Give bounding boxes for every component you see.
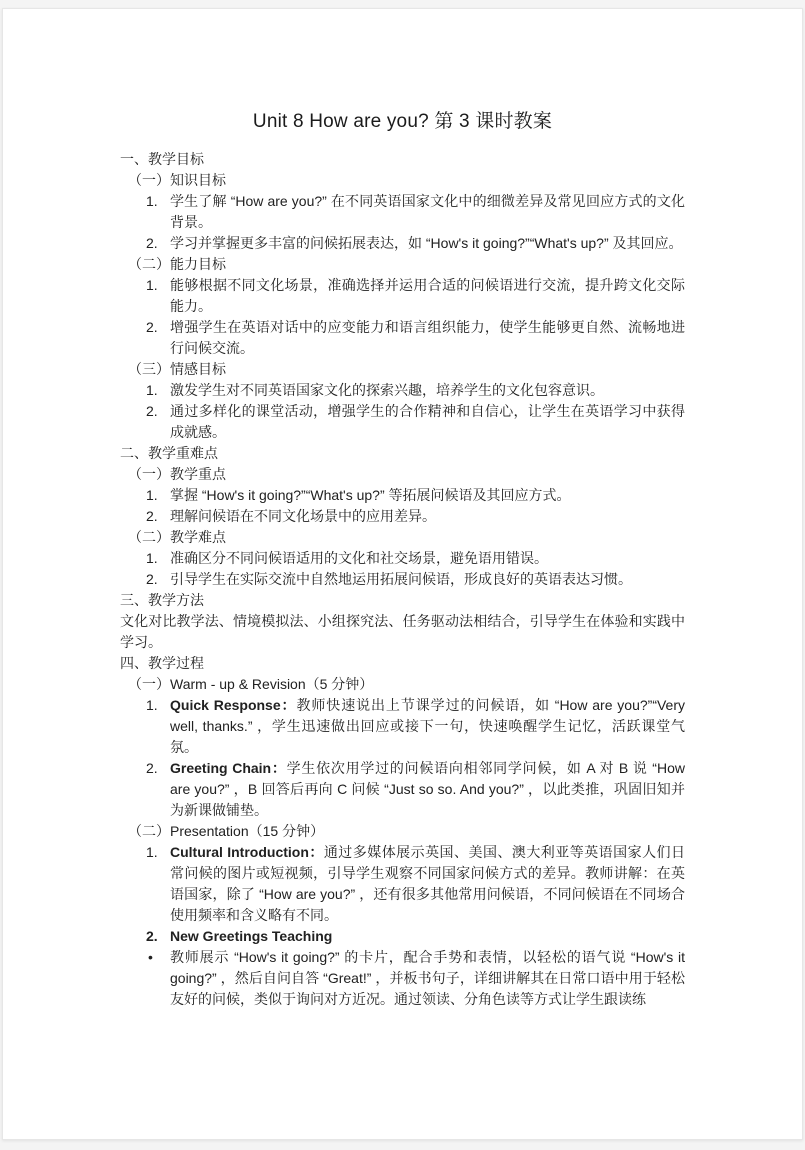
block-text: 引导学生在实际交流中自然地运用拓展问候语，形成良好的英语表达习惯。: [170, 571, 632, 587]
block-text: 三、教学方法: [120, 592, 204, 608]
block-text: 掌握 “How's it going?”“What's up?” 等拓展问候语及…: [170, 487, 571, 503]
block-text: 学生了解 “How are you?” 在不同英语国家文化中的细微差异及常见回应…: [170, 193, 685, 230]
block-text: （二）能力目标: [128, 256, 226, 272]
doc-block-h2: （二）教学难点: [120, 527, 685, 548]
doc-block-li: 2.通过多样化的课堂活动，增强学生的合作精神和自信心，让学生在英语学习中获得成就…: [120, 401, 685, 443]
list-number: 1.: [146, 548, 158, 569]
bold-lead-text: Quick Response：: [170, 697, 296, 713]
doc-block-h2: （二）能力目标: [120, 254, 685, 275]
block-text: 二、教学重难点: [120, 445, 218, 461]
list-number: 2.: [146, 758, 158, 779]
document-page: Unit 8 How are you? 第 3 课时教案 一、教学目标（一）知识…: [2, 8, 803, 1140]
doc-block-h2: （一）教学重点: [120, 464, 685, 485]
doc-block-h1: 二、教学重难点: [120, 443, 685, 464]
block-text: 激发学生对不同英语国家文化的探索兴趣，培养学生的文化包容意识。: [170, 382, 604, 398]
block-text: 能够根据不同文化场景，准确选择并运用合适的问候语进行交流，提升跨文化交际能力。: [170, 277, 685, 314]
list-number: 1.: [146, 485, 158, 506]
block-text: （一）教学重点: [128, 466, 226, 482]
doc-block-li: 1.能够根据不同文化场景，准确选择并运用合适的问候语进行交流，提升跨文化交际能力…: [120, 275, 685, 317]
doc-block-h2: （一）Warm - up & Revision（5 分钟）: [120, 674, 685, 695]
block-text: 四、教学过程: [120, 655, 204, 671]
doc-block-li: 1.准确区分不同问候语适用的文化和社交场景，避免语用错误。: [120, 548, 685, 569]
list-number: 2.: [146, 926, 158, 947]
document-title: Unit 8 How are you? 第 3 课时教案: [120, 110, 685, 133]
block-text: 理解问候语在不同文化场景中的应用差异。: [170, 508, 436, 524]
block-text: （一）知识目标: [128, 172, 226, 188]
doc-block-p: 文化对比教学法、情境模拟法、小组探究法、任务驱动法相结合，引导学生在体验和实践中…: [120, 611, 685, 653]
block-text: 通过多样化的课堂活动，增强学生的合作精神和自信心，让学生在英语学习中获得成就感。: [170, 403, 685, 440]
block-text: （二）Presentation（15 分钟）: [128, 823, 324, 839]
doc-block-h1: 一、教学目标: [120, 149, 685, 170]
block-text: 教师展示 “How's it going?” 的卡片，配合手势和表情，以轻松的语…: [170, 949, 685, 1007]
block-text: 一、教学目标: [120, 151, 204, 167]
doc-block-libold: 2.New Greetings Teaching: [120, 926, 685, 947]
list-number: 1.: [146, 695, 158, 716]
bold-lead-text: Greeting Chain：: [170, 760, 287, 776]
list-number: 2.: [146, 401, 158, 422]
list-number: 1.: [146, 191, 158, 212]
page-canvas: Unit 8 How are you? 第 3 课时教案 一、教学目标（一）知识…: [0, 0, 805, 1150]
list-number: 2.: [146, 569, 158, 590]
doc-block-li: 1.Quick Response：教师快速说出上节课学过的问候语，如 “How …: [120, 695, 685, 758]
bold-lead-text: Cultural Introduction：: [170, 844, 324, 860]
doc-block-bullet: •教师展示 “How's it going?” 的卡片，配合手势和表情，以轻松的…: [120, 947, 685, 1010]
doc-block-li: 2.学习并掌握更多丰富的问候拓展表达，如 “How's it going?”“W…: [120, 233, 685, 254]
list-number: 1.: [146, 380, 158, 401]
list-number: 2.: [146, 233, 158, 254]
block-text: 学习并掌握更多丰富的问候拓展表达，如 “How's it going?”“Wha…: [170, 235, 683, 251]
doc-block-li: 1.掌握 “How's it going?”“What's up?” 等拓展问候…: [120, 485, 685, 506]
doc-block-li: 2.引导学生在实际交流中自然地运用拓展问候语，形成良好的英语表达习惯。: [120, 569, 685, 590]
list-number: 2.: [146, 506, 158, 527]
block-text: 准确区分不同问候语适用的文化和社交场景，避免语用错误。: [170, 550, 548, 566]
block-text: New Greetings Teaching: [170, 928, 332, 944]
doc-block-li: 2.增强学生在英语对话中的应变能力和语言组织能力，使学生能够更自然、流畅地进行问…: [120, 317, 685, 359]
doc-block-h2: （一）知识目标: [120, 170, 685, 191]
document-body: 一、教学目标（一）知识目标1.学生了解 “How are you?” 在不同英语…: [120, 149, 685, 1010]
list-number: 1.: [146, 842, 158, 863]
doc-block-li: 2.理解问候语在不同文化场景中的应用差异。: [120, 506, 685, 527]
block-text: 增强学生在英语对话中的应变能力和语言组织能力，使学生能够更自然、流畅地进行问候交…: [170, 319, 685, 356]
block-text: 文化对比教学法、情境模拟法、小组探究法、任务驱动法相结合，引导学生在体验和实践中…: [120, 613, 685, 650]
doc-block-li: 1.Cultural Introduction：通过多媒体展示英国、美国、澳大利…: [120, 842, 685, 926]
bullet-icon: •: [148, 947, 153, 968]
doc-block-h1: 四、教学过程: [120, 653, 685, 674]
doc-block-h2: （二）Presentation（15 分钟）: [120, 821, 685, 842]
block-text: （二）教学难点: [128, 529, 226, 545]
doc-block-h2: （三）情感目标: [120, 359, 685, 380]
doc-block-li: 1.激发学生对不同英语国家文化的探索兴趣，培养学生的文化包容意识。: [120, 380, 685, 401]
doc-block-li: 2.Greeting Chain：学生依次用学过的问候语向相邻同学问候，如 A …: [120, 758, 685, 821]
list-number: 1.: [146, 275, 158, 296]
list-number: 2.: [146, 317, 158, 338]
block-text: （一）Warm - up & Revision（5 分钟）: [128, 676, 373, 692]
doc-block-li: 1.学生了解 “How are you?” 在不同英语国家文化中的细微差异及常见…: [120, 191, 685, 233]
block-text: （三）情感目标: [128, 361, 226, 377]
doc-block-h1: 三、教学方法: [120, 590, 685, 611]
